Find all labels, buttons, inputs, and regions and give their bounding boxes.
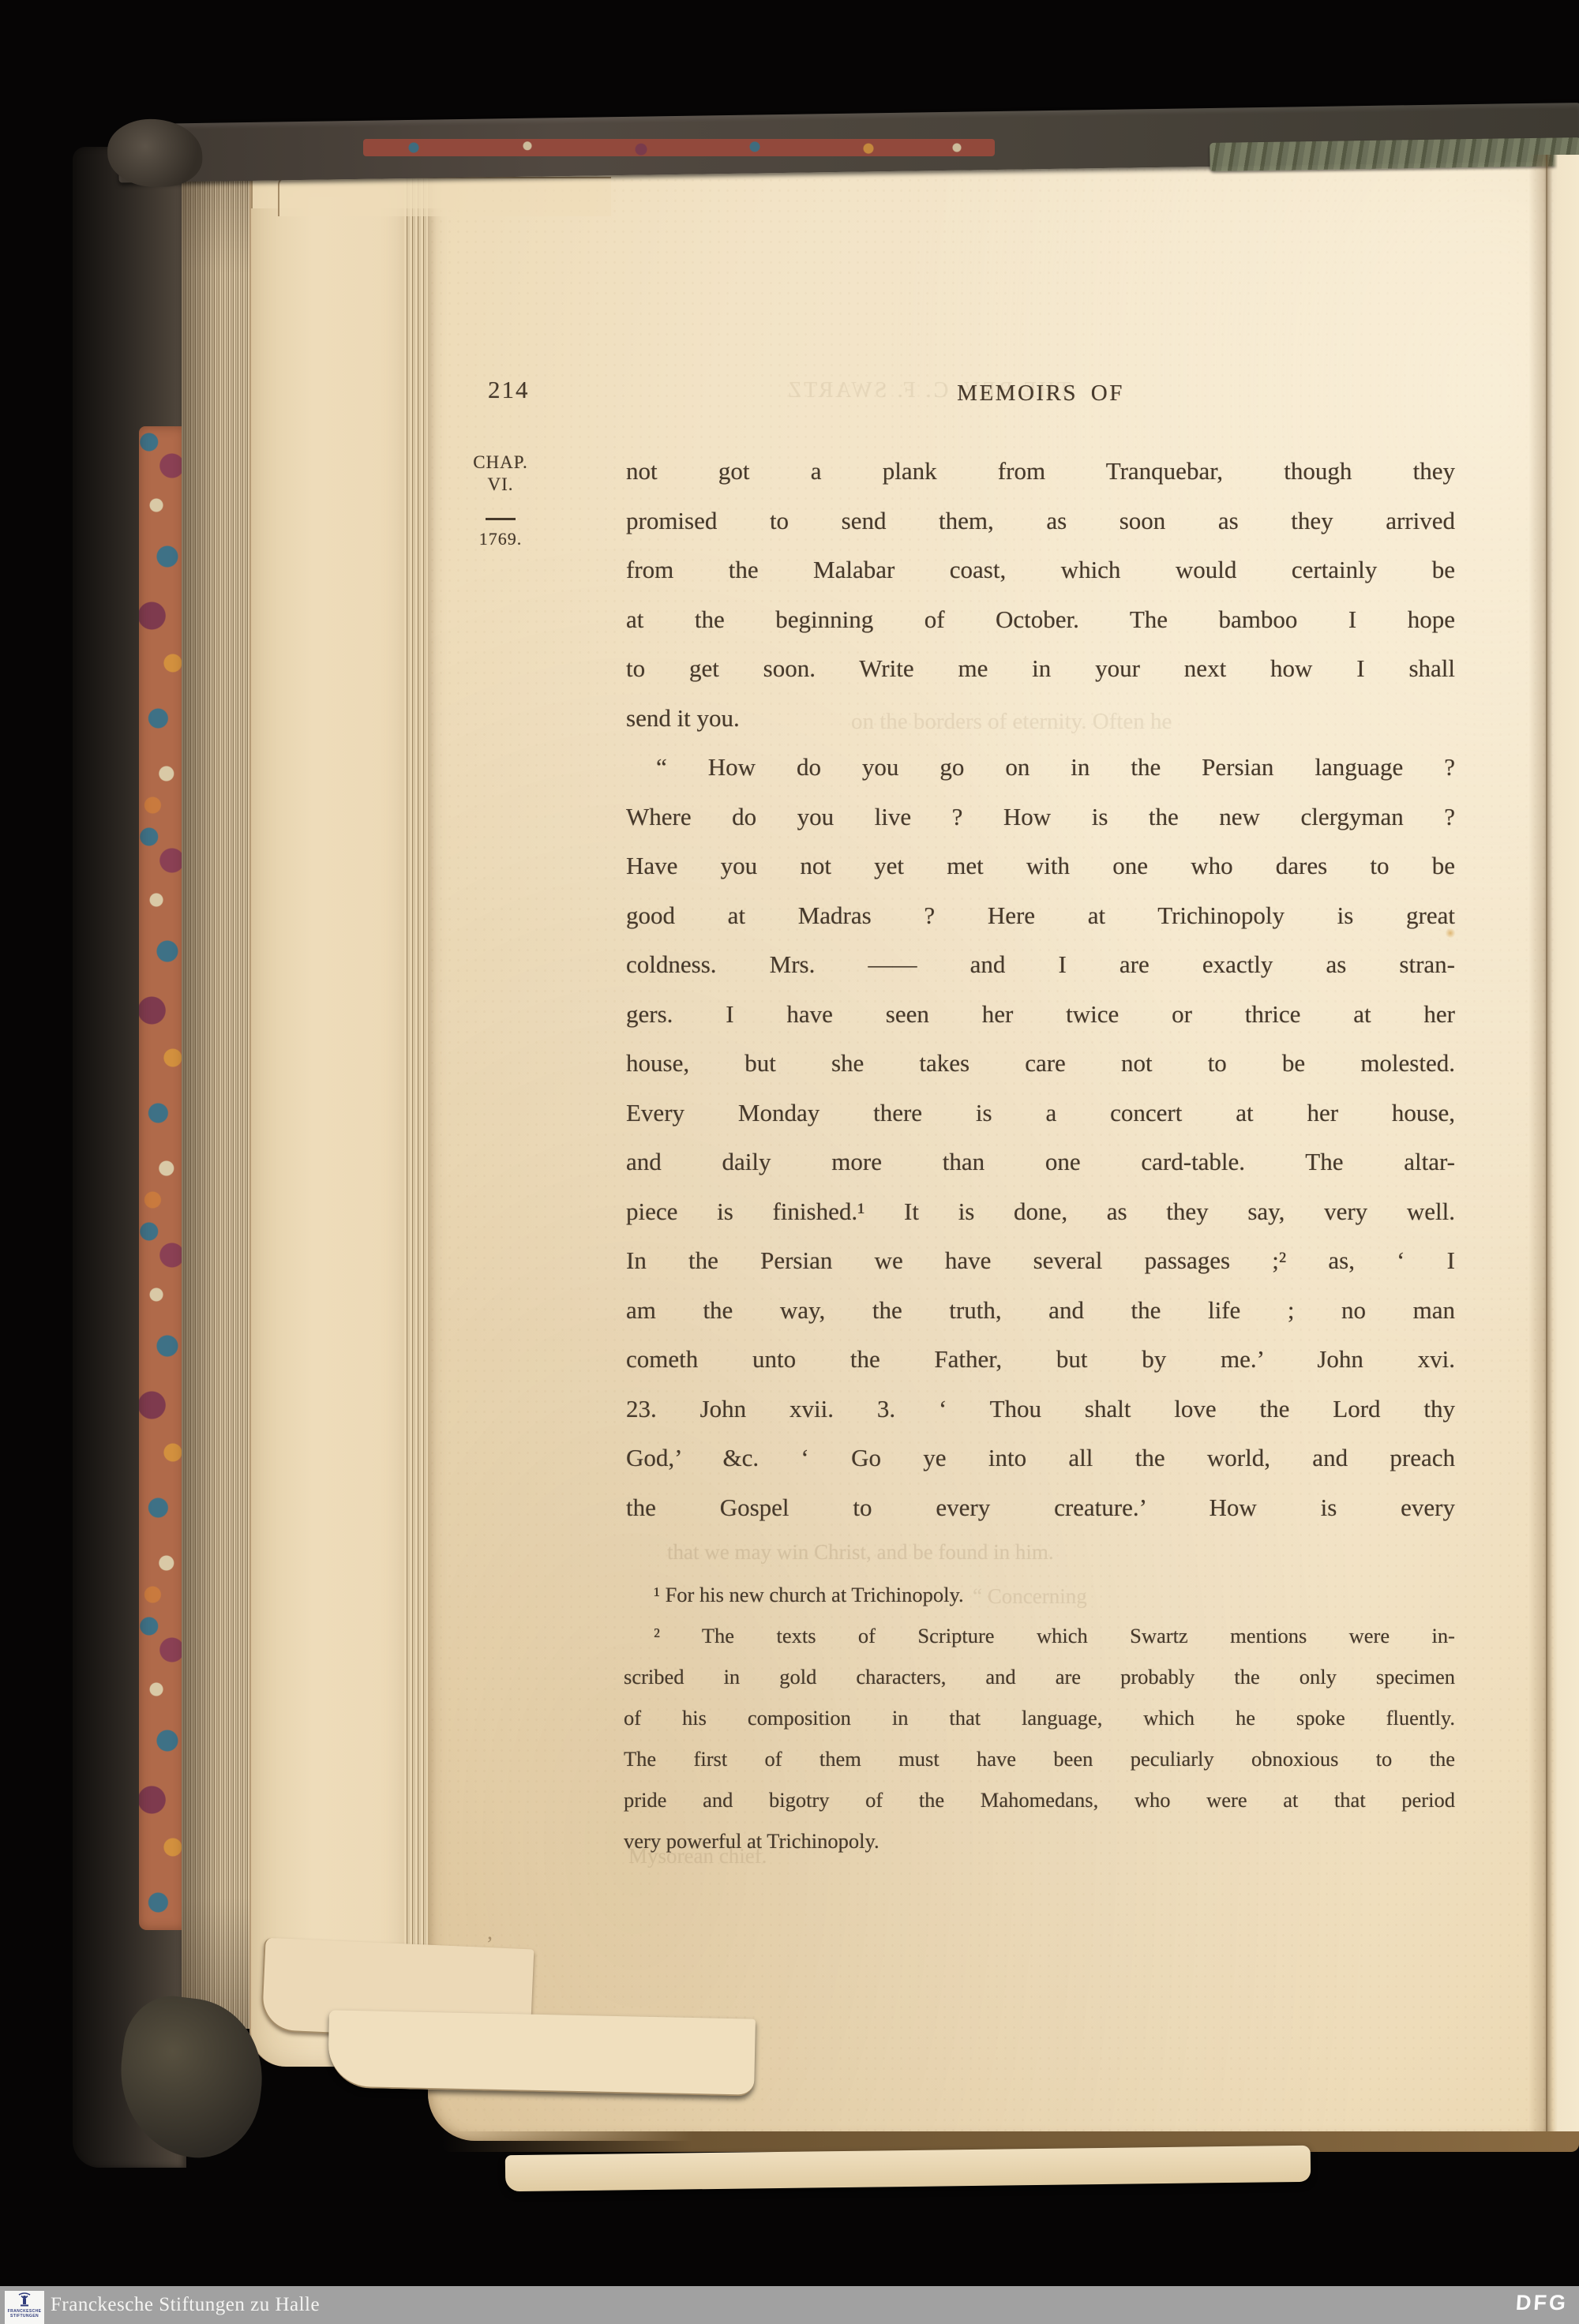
text-line: the Gospel to every creature.’ How is ev… [626, 1483, 1455, 1533]
text-line: and daily more than one card-table. The … [626, 1138, 1455, 1187]
text-line: coldness. Mrs. —— and I are exactly as s… [626, 940, 1455, 990]
text-line: very powerful at Trichinopoly. [624, 1820, 1455, 1861]
text-line: Where do you live ? How is the new clerg… [626, 793, 1455, 842]
institution-name: Franckesche Stiftungen zu Halle [51, 2286, 320, 2324]
text-line: In the Persian we have several passages … [626, 1236, 1455, 1286]
text-line: 23. John xvii. 3. ‘ Thou shalt love the … [626, 1385, 1455, 1434]
text-line: am the way, the truth, and the life ; no… [626, 1286, 1455, 1336]
text-line: good at Madras ? Here at Trichinopoly is… [626, 891, 1455, 941]
text-line: not got a plank from Tranquebar, though … [626, 447, 1455, 497]
scanned-book-page: 214 MEMOIRS OF CHAP. VI. 1769. not got a… [0, 0, 1579, 2324]
printed-text-layer: 214 MEMOIRS OF CHAP. VI. 1769. not got a… [0, 0, 1579, 2324]
show-through-text: that we may win Christ, and be found in … [667, 1540, 1054, 1565]
text-line: ² The texts of Scripture which Swartz me… [624, 1615, 1455, 1656]
logo-text-2: STIFTUNGEN [10, 2314, 39, 2318]
text-line: house, but she takes care not to be mole… [626, 1039, 1455, 1089]
chapter-numeral: VI. [467, 474, 534, 496]
text-line: The first of them must have been peculia… [624, 1738, 1455, 1779]
text-line: of his composition in that language, whi… [624, 1697, 1455, 1738]
dfg-logo: DFG [1515, 2291, 1569, 2315]
text-line: from the Malabar coast, which would cert… [626, 545, 1455, 595]
text-line: piece is finished.¹ It is done, as they … [626, 1187, 1455, 1237]
digitization-footer-bar: FRANCKESCHE STIFTUNGEN Franckesche Stift… [0, 2286, 1579, 2324]
text-line: Every Monday there is a concert at her h… [626, 1089, 1455, 1138]
body-text: not got a plank from Tranquebar, though … [626, 447, 1455, 1532]
running-head: MEMOIRS OF [930, 380, 1151, 407]
margin-note: CHAP. VI. 1769. [467, 452, 534, 550]
text-line: ¹ For his new church at Trichinopoly. [624, 1574, 1455, 1615]
footnotes: ¹ For his new church at Trichinopoly.² T… [624, 1574, 1455, 1861]
text-line: gers. I have seen her twice or thrice at… [626, 990, 1455, 1040]
text-line: God,’ &c. ‘ Go ye into all the world, an… [626, 1434, 1455, 1483]
text-line: cometh unto the Father, but by me.’ John… [626, 1335, 1455, 1385]
show-through-text: ’ [486, 1932, 493, 1956]
page-number: 214 [488, 376, 530, 404]
text-line: scribed in gold characters, and are prob… [624, 1656, 1455, 1697]
margin-year: 1769. [467, 528, 534, 550]
text-line: Have you not yet met with one who dares … [626, 842, 1455, 891]
franckesche-stiftungen-logo: FRANCKESCHE STIFTUNGEN [5, 2291, 44, 2324]
text-line: at the beginning of October. The bamboo … [626, 595, 1455, 645]
text-line: to get soon. Write me in your next how I… [626, 644, 1455, 694]
text-line: send it you. [626, 694, 1455, 744]
margin-rule [486, 518, 516, 520]
chapter-label: CHAP. [467, 452, 534, 474]
text-line: “ How do you go on in the Persian langua… [626, 743, 1455, 793]
foundation-emblem-icon [17, 2292, 32, 2309]
text-line: pride and bigotry of the Mahomedans, who… [624, 1779, 1455, 1820]
text-line: promised to send them, as soon as they a… [626, 497, 1455, 546]
